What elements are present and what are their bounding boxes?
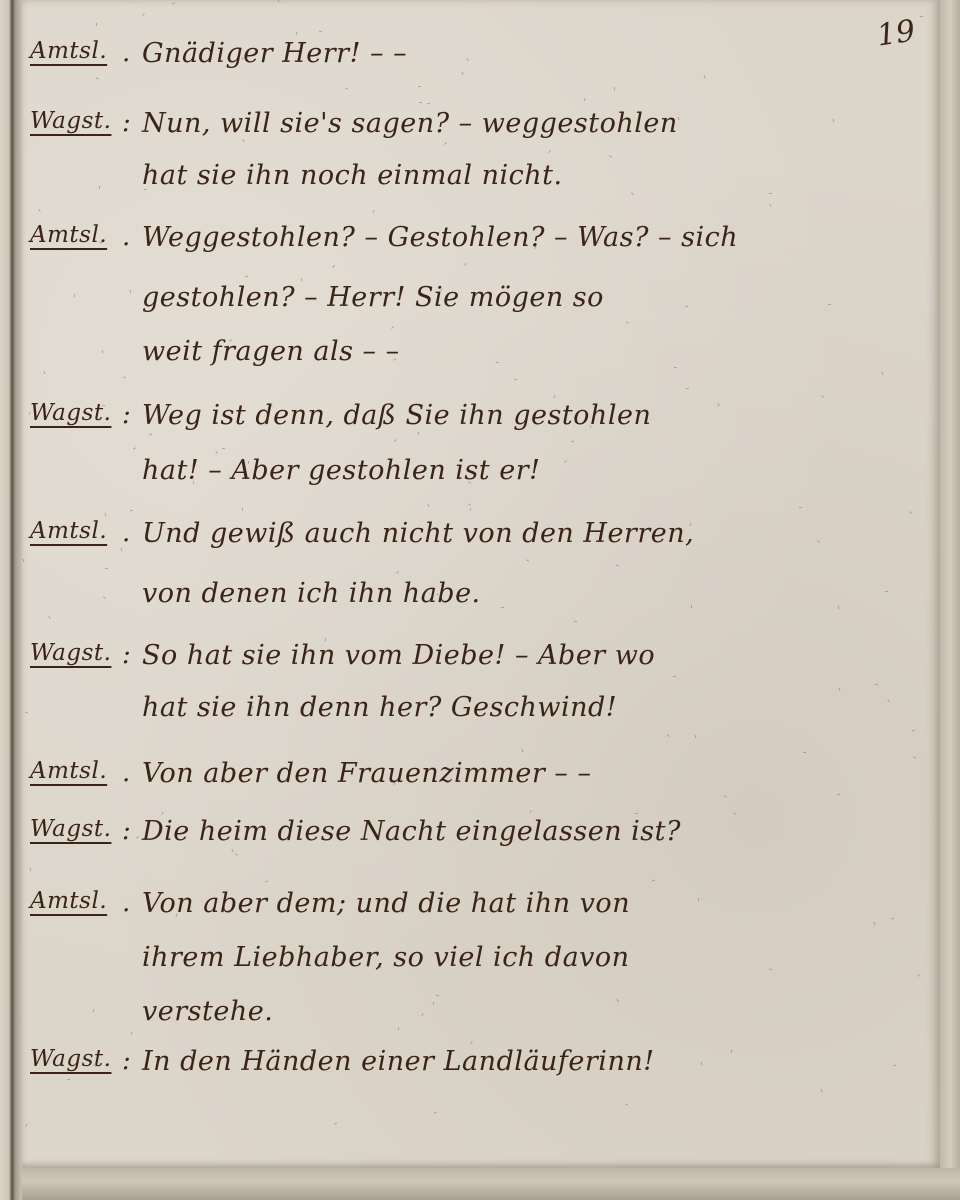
- paper-fiber: [130, 290, 131, 293]
- paper-fiber: [419, 102, 422, 103]
- paper-fiber: [496, 362, 499, 363]
- speaker-separator: :: [122, 400, 131, 430]
- speaker-separator: .: [122, 222, 131, 252]
- dialogue-text: gestohlen? – Herr! Sie mögen so: [142, 282, 604, 313]
- paper-fiber: [144, 189, 147, 190]
- dialogue-text: Weggestohlen? – Gestohlen? – Was? – sich: [142, 222, 738, 253]
- speaker-separator: .: [122, 758, 131, 788]
- paper-fiber: [248, 461, 249, 464]
- dialogue-text: hat sie ihn noch einmal nicht.: [142, 160, 563, 191]
- speaker-label: Amtsl.: [30, 888, 122, 914]
- paper-fiber: [674, 367, 677, 368]
- speaker-label: Wagst.: [30, 816, 122, 842]
- speaker-label: Wagst.: [30, 1046, 122, 1072]
- dialogue-text: In den Händen einer Landläuferinn!: [142, 1046, 655, 1077]
- page-edge-bottom: [22, 1168, 960, 1200]
- paper-fiber: [828, 304, 831, 305]
- speaker-label: Wagst.: [30, 400, 122, 426]
- paper-fiber: [698, 898, 699, 901]
- speaker-label: Wagst.: [30, 640, 122, 666]
- paper-fiber: [99, 186, 100, 189]
- dialogue-text: Gnädiger Herr! – –: [142, 38, 407, 69]
- paper-fiber: [222, 448, 225, 449]
- speaker-separator: .: [122, 38, 131, 68]
- speaker-label: Amtsl.: [30, 222, 122, 248]
- dialogue-text: verstehe.: [142, 996, 273, 1027]
- paper-fiber: [439, 179, 440, 182]
- manuscript-page: 19 Amtsl..Gnädiger Herr! – –Wagst.:Nun, …: [22, 0, 940, 1168]
- paper-fiber: [242, 508, 243, 511]
- dialogue-text: hat sie ihn denn her? Geschwind!: [142, 692, 617, 723]
- paper-fiber: [691, 605, 692, 608]
- speaker-label: Amtsl.: [30, 758, 122, 784]
- paper-fiber: [301, 278, 302, 281]
- paper-fiber: [105, 568, 108, 569]
- paper-fiber: [69, 423, 70, 426]
- dialogue-text: hat! – Aber gestohlen ist er!: [142, 455, 540, 486]
- speaker-separator: :: [122, 640, 131, 670]
- paper-fiber: [885, 591, 888, 592]
- speaker-separator: .: [122, 888, 131, 918]
- dialogue-text: von denen ich ihn habe.: [142, 578, 481, 609]
- dialogue-text: Von aber den Frauenzimmer – –: [142, 758, 591, 789]
- dialogue-text: ihrem Liebhaber, so viel ich davon: [142, 942, 630, 973]
- paper-fiber: [769, 193, 772, 194]
- speaker-label: Wagst.: [30, 108, 122, 134]
- speaker-separator: :: [122, 108, 131, 138]
- paper-fiber: [803, 752, 806, 753]
- paper-fiber: [535, 1050, 538, 1051]
- dialogue-text: So hat sie ihn vom Diebe! – Aber wo: [142, 640, 655, 671]
- dialogue-text: Weg ist denn, daß Sie ihn gestohlen: [142, 400, 651, 431]
- dialogue-text: Und gewiß auch nicht von den Herren,: [142, 518, 694, 549]
- paper-fiber: [278, 0, 279, 2]
- paper-fiber: [635, 813, 638, 814]
- paper-fiber: [920, 16, 923, 17]
- dialogue-text: Von aber dem; und die hat ihn von: [142, 888, 630, 919]
- page-edge-right: [940, 0, 960, 1200]
- paper-fiber: [74, 294, 75, 297]
- speaker-label: Amtsl.: [30, 38, 122, 64]
- speaker-separator: :: [122, 816, 131, 846]
- paper-fiber: [427, 103, 430, 104]
- dialogue-text: Nun, will sie's sagen? – weggestohlen: [142, 108, 678, 139]
- paper-fiber: [23, 559, 24, 562]
- speaker-label: Amtsl.: [30, 518, 122, 544]
- manuscript-lines: Amtsl..Gnädiger Herr! – –Wagst.:Nun, wil…: [22, 0, 940, 1168]
- paper-fiber: [614, 87, 615, 90]
- book-binding-left: [0, 0, 22, 1200]
- speaker-separator: :: [122, 1046, 131, 1076]
- dialogue-text: weit fragen als – –: [142, 336, 400, 367]
- speaker-separator: .: [122, 518, 131, 548]
- dialogue-text: Die heim diese Nacht eingelassen ist?: [142, 816, 681, 847]
